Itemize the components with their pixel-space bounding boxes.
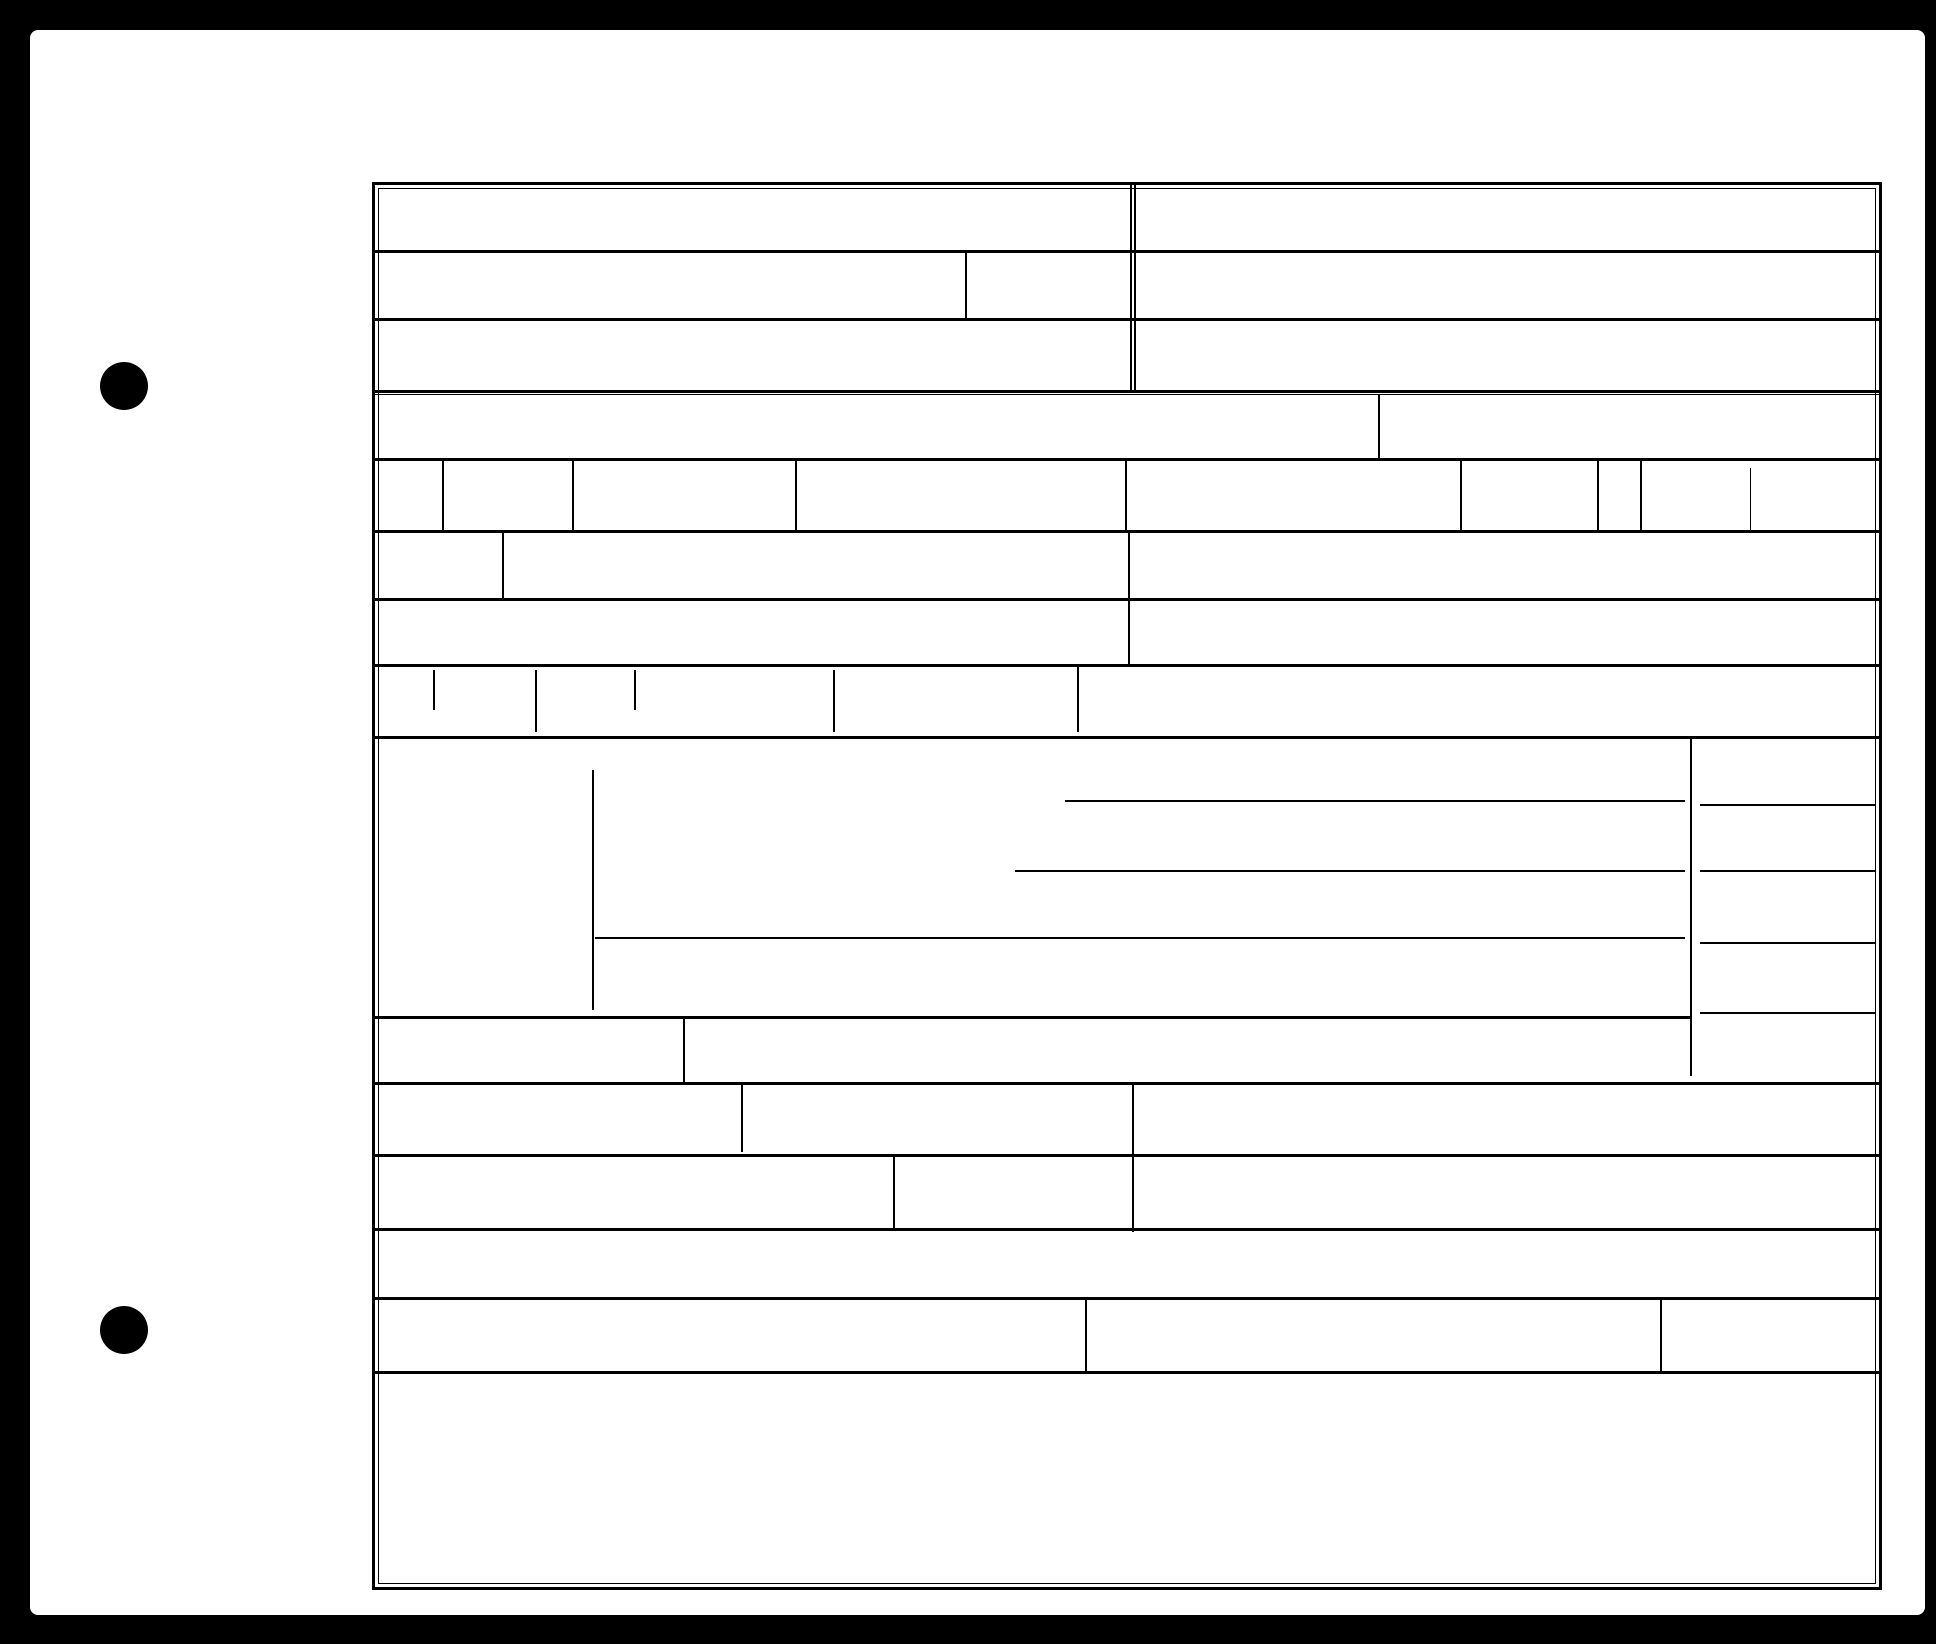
divider: [372, 664, 1882, 667]
divider: [1660, 1297, 1662, 1371]
divider: [372, 458, 1882, 461]
divider: [433, 670, 435, 710]
divider: [1130, 182, 1132, 392]
divider: [1128, 530, 1130, 600]
divider: [572, 458, 574, 530]
divider: [1132, 1082, 1134, 1232]
divider: [372, 394, 1882, 395]
divider: [1378, 394, 1380, 458]
divider: [372, 318, 1882, 321]
divider: [1690, 736, 1692, 1076]
divider: [372, 736, 1882, 739]
interval-line: [1700, 1012, 1875, 1014]
punch-hole-top: [100, 362, 148, 410]
divider: [741, 1082, 743, 1152]
divider: [1460, 458, 1462, 530]
divider: [372, 1371, 1882, 1374]
divider: [372, 1082, 1882, 1085]
divider: [1085, 1297, 1087, 1371]
divider: [795, 458, 797, 530]
divider: [965, 250, 967, 318]
interval-line: [1700, 942, 1875, 944]
cause-a-line: [1065, 800, 1685, 802]
divider: [1128, 598, 1130, 666]
divider: [893, 1154, 895, 1228]
interval-line: [1700, 804, 1875, 806]
divider: [372, 1297, 1882, 1300]
divider: [372, 390, 1882, 393]
divider: [1134, 182, 1136, 392]
divider: [372, 598, 1882, 601]
divider: [372, 1016, 1692, 1019]
divider: [535, 670, 537, 732]
divider: [372, 250, 1882, 253]
interval-line: [1700, 870, 1875, 872]
divider: [1597, 458, 1599, 530]
divider: [1640, 458, 1642, 530]
divider: [634, 670, 636, 710]
punch-hole-bottom: [100, 1306, 148, 1354]
cause-b-line: [1015, 870, 1685, 872]
divider: [372, 1154, 1882, 1157]
divider: [1750, 468, 1751, 530]
divider: [683, 1016, 685, 1082]
divider: [592, 770, 594, 1010]
divider: [372, 1228, 1882, 1231]
divider: [442, 458, 444, 530]
divider: [1125, 458, 1127, 530]
divider: [833, 670, 835, 732]
divider: [372, 530, 1882, 533]
divider: [1077, 665, 1079, 732]
cause-c-line: [595, 937, 1685, 939]
divider: [502, 530, 504, 598]
